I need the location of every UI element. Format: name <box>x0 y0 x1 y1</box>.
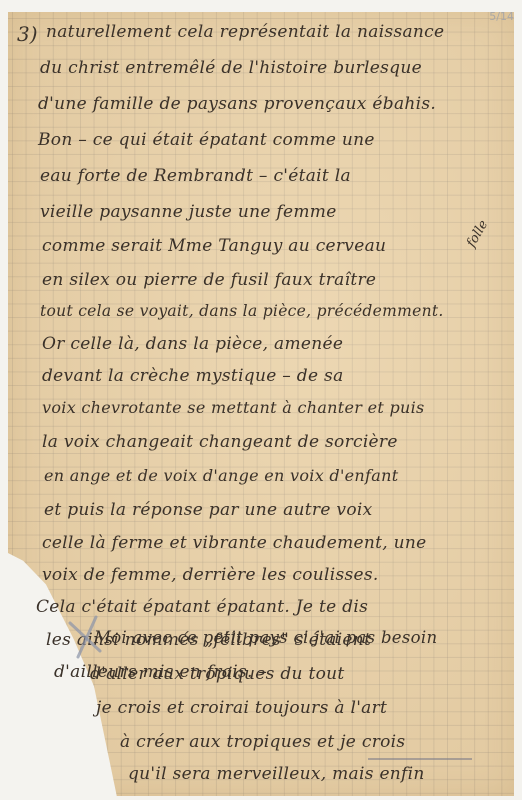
text-line: à créer aux tropiques et je crois <box>120 732 405 752</box>
text-line: en silex ou pierre de fusil faux traître <box>42 270 376 290</box>
text-line: Cela c'était épatant épatant. Je te dis <box>36 597 368 617</box>
document-viewer: 5/14 3) naturellement cela représentait … <box>0 0 522 800</box>
pencil-underline <box>368 758 472 760</box>
text-line: tout cela se voyait, dans la pièce, préc… <box>40 302 444 320</box>
section-mark: 3) <box>17 22 38 46</box>
text-line: voix chevrotante se mettant à chanter et… <box>42 398 425 417</box>
text-line: Or celle là, dans la pièce, amenée <box>42 334 343 354</box>
text-line: d'une famille de paysans provençaux ébah… <box>38 94 436 114</box>
text-line: et puis la réponse par une autre voix <box>44 500 373 520</box>
text-line: naturellement cela représentait la naiss… <box>46 22 506 42</box>
handwritten-text: 3) naturellement cela représentait la na… <box>0 0 522 800</box>
text-line: celle là ferme et vibrante chaudement, u… <box>42 533 427 553</box>
text-line: la voix changeait changeant de sorcière <box>42 432 398 452</box>
text-line: devant la crèche mystique – de sa <box>42 366 344 386</box>
text-line: vieille paysanne juste une femme <box>40 202 337 222</box>
text-line: Moi avec ce petit pays ci j'ai pas besoi… <box>94 628 437 647</box>
text-line: je crois et croirai toujours à l'art <box>96 698 387 718</box>
text-line: comme serait Mme Tanguy au cerveau <box>42 236 386 256</box>
text-line: qu'il sera merveilleux, mais enfin <box>128 764 425 784</box>
text-line: eau forte de Rembrandt – c'était la <box>40 166 351 186</box>
text-line: en ange et de voix d'ange en voix d'enfa… <box>44 466 398 485</box>
text-line: d'aller aux tropiques du tout <box>90 664 345 684</box>
text-line: Bon – ce qui était épatant comme une <box>38 130 375 150</box>
text-line: voix de femme, derrière les coulisses. <box>42 565 379 585</box>
text-line: du christ entremêlé de l'histoire burles… <box>40 58 422 78</box>
pencil-cross-mark-icon <box>66 615 106 659</box>
